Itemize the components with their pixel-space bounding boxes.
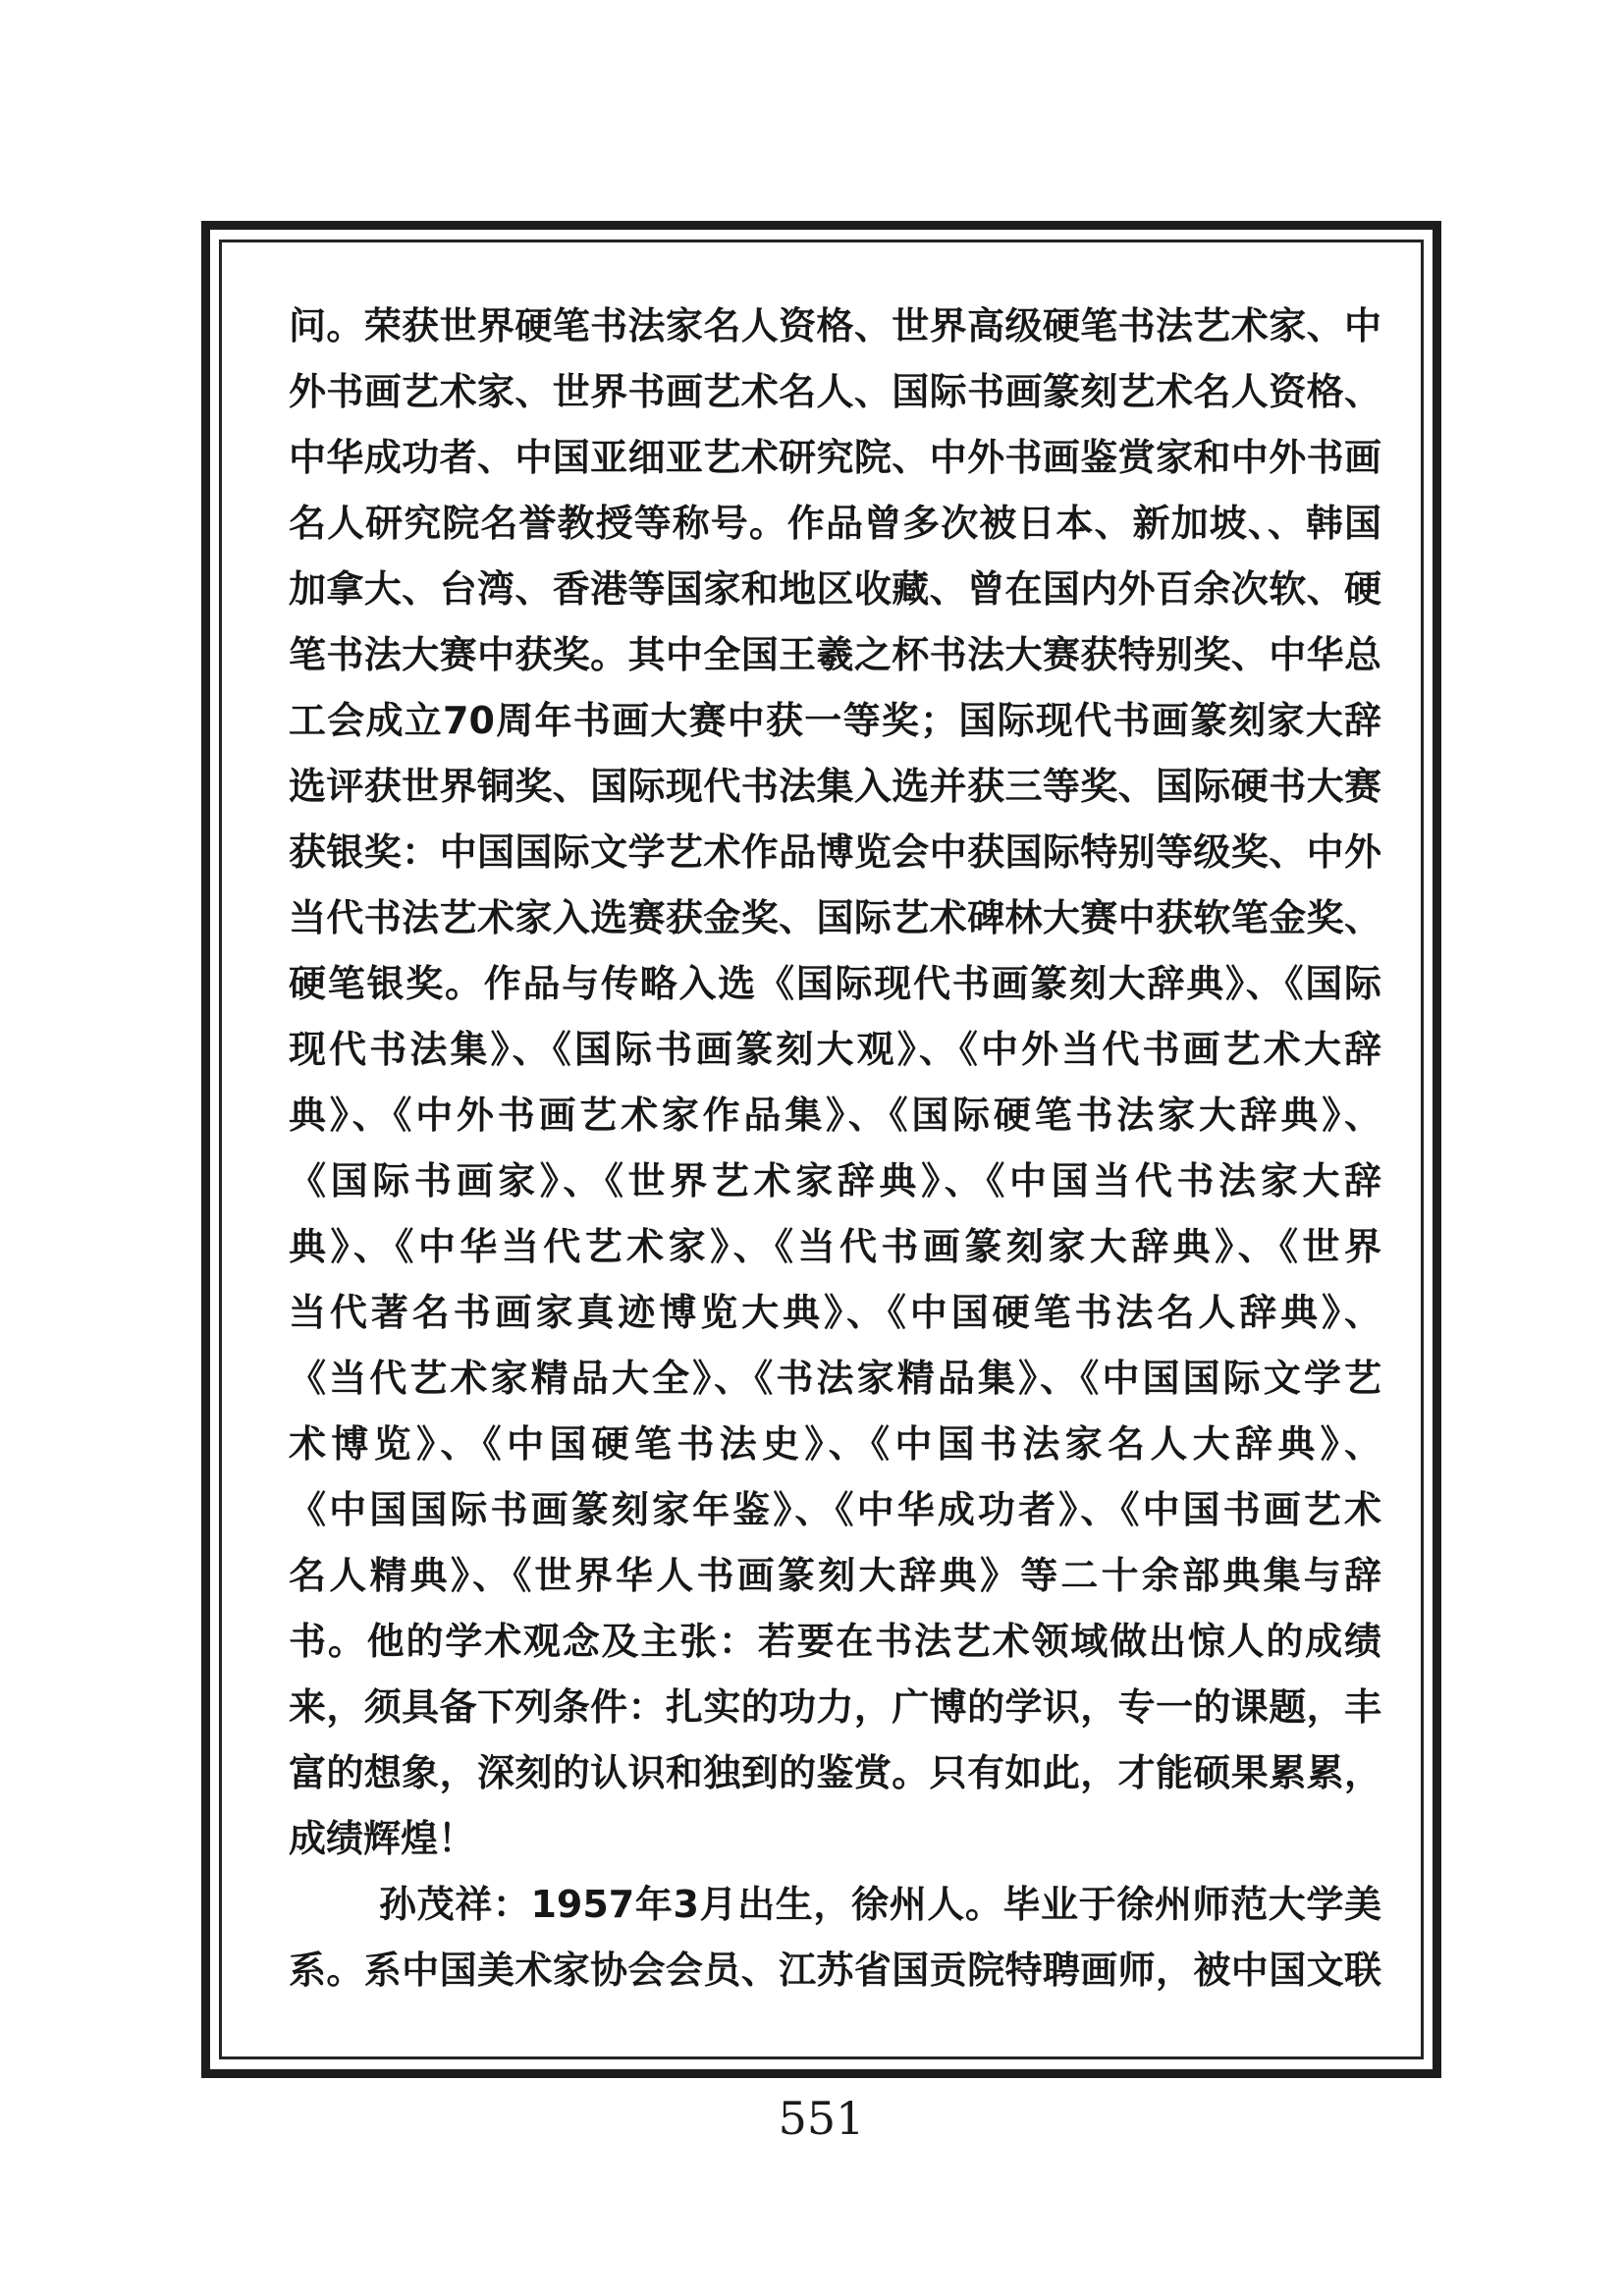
page-border-outer: 问。荣获世界硬笔书法家名人资格、世界高级硬笔书法艺术家、中外书画艺术家、世界书画… <box>201 221 1441 2078</box>
text-line: 加拿大、台湾、香港等国家和地区收藏、曾在国内外百余次软、硬 <box>289 557 1381 622</box>
text-line: 外书画艺术家、世界书画艺术名人、国际书画篆刻艺术名人资格、 <box>289 359 1381 425</box>
text-line: 工会成立70周年书画大赛中获一等奖；国际现代书画篆刻家大辞典 <box>289 688 1381 754</box>
text-line: 硬笔银奖。作品与传略入选《国际现代书画篆刻大辞典》、《国际 <box>289 951 1381 1017</box>
page-number: 551 <box>201 2089 1441 2148</box>
text-line: 笔书法大赛中获奖。其中全国王羲之杯书法大赛获特别奖、中华总 <box>289 622 1381 688</box>
page-border-inner: 问。荣获世界硬笔书法家名人资格、世界高级硬笔书法艺术家、中外书画艺术家、世界书画… <box>219 240 1424 2059</box>
text-line: 选评获世界铜奖、国际现代书法集入选并获三等奖、国际硬书大赛 <box>289 754 1381 820</box>
text-line: 当代著名书画家真迹博览大典》、《中国硬笔书法名人辞典》、 <box>289 1280 1381 1346</box>
text-line: 中华成功者、中国亚细亚艺术研究院、中外书画鉴赏家和中外书画 <box>289 425 1381 491</box>
text-line: 名人研究院名誉教授等称号。作品曾多次被日本、新加坡、、韩国 <box>289 491 1381 557</box>
text-line: 来，须具备下列条件：扎实的功力，广博的学识，专一的课题，丰 <box>289 1675 1381 1740</box>
text-line: 当代书法艺术家入选赛获金奖、国际艺术碑林大赛中获软笔金奖、 <box>289 885 1381 951</box>
text-line: 获银奖：中国国际文学艺术作品博览会中获国际特别等级奖、中外 <box>289 820 1381 885</box>
text-line: 《当代艺术家精品大全》、《书法家精品集》、《中国国际文学艺 <box>289 1346 1381 1412</box>
text-line: 《国际书画家》、《世界艺术家辞典》、《中国当代书法家大辞 <box>289 1148 1381 1214</box>
text-line: 典》、《中外书画艺术家作品集》、《国际硬笔书法家大辞典》、 <box>289 1083 1381 1148</box>
text-line: 成绩辉煌！ <box>289 1806 1381 1872</box>
text-line: 孙茂祥：1957年3月出生，徐州人。毕业于徐州师范大学美术 <box>289 1872 1381 1938</box>
text-line: 《中国国际书画篆刻家年鉴》、《中华成功者》、《中国书画艺术 <box>289 1477 1381 1543</box>
text-line: 富的想象，深刻的认识和独到的鉴赏。只有如此，才能硕果累累， <box>289 1740 1381 1806</box>
text-block: 问。荣获世界硬笔书法家名人资格、世界高级硬笔书法艺术家、中外书画艺术家、世界书画… <box>289 294 1381 2003</box>
text-line: 现代书法集》、《国际书画篆刻大观》、《中外当代书画艺术大辞 <box>289 1017 1381 1083</box>
text-line: 典》、《中华当代艺术家》、《当代书画篆刻家大辞典》、《世界 <box>289 1214 1381 1280</box>
text-line: 书。他的学术观念及主张：若要在书法艺术领域做出惊人的成绩 <box>289 1609 1381 1675</box>
text-line: 名人精典》、《世界华人书画篆刻大辞典》等二十余部典集与辞 <box>289 1543 1381 1609</box>
text-line: 系。系中国美术家协会会员、江苏省国贡院特聘画师，被中国文联 <box>289 1938 1381 2003</box>
scanned-book-page: 问。荣获世界硬笔书法家名人资格、世界高级硬笔书法艺术家、中外书画艺术家、世界书画… <box>0 0 1623 2296</box>
text-line: 术博览》、《中国硬笔书法史》、《中国书法家名人大辞典》、 <box>289 1412 1381 1477</box>
text-line: 问。荣获世界硬笔书法家名人资格、世界高级硬笔书法艺术家、中 <box>289 294 1381 359</box>
